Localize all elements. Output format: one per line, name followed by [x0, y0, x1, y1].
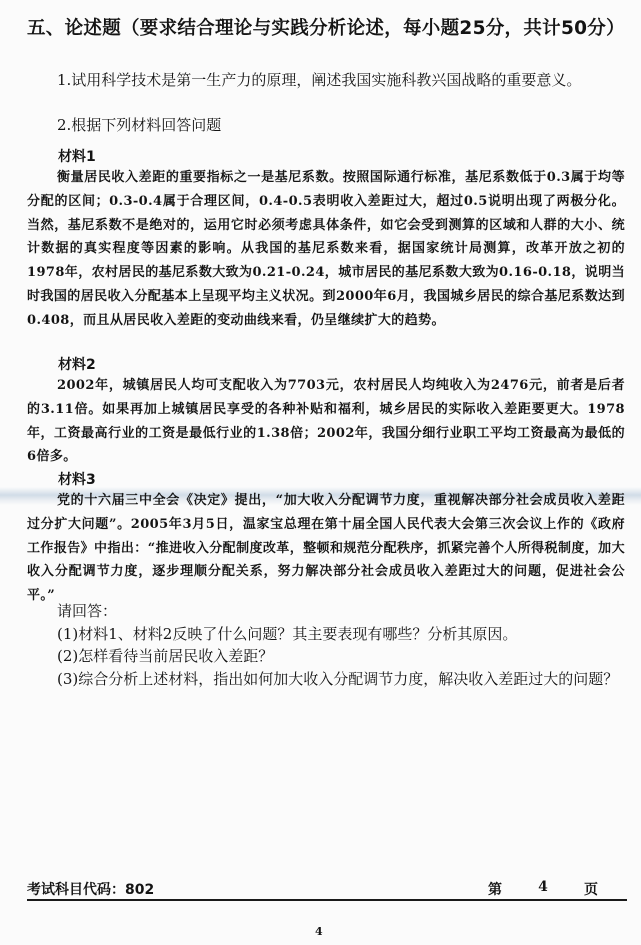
footer-divider — [27, 899, 627, 901]
material-1-heading: 材料1 — [58, 146, 96, 166]
sub-question-2: (2)怎样看待当前居民收入差距？ — [27, 645, 627, 668]
sub-question-1: (1)材料1、材料2反映了什么问题？其主要表现有哪些？分析其原因。 — [27, 623, 627, 646]
answer-prompt: 请回答： (1)材料1、材料2反映了什么问题？其主要表现有哪些？分析其原因。 (… — [27, 600, 627, 690]
subject-code: 考试科目代码：802 — [27, 879, 154, 899]
question-1: 1.试用科学技术是第一生产力的原理，阐述我国实施科教兴国战略的重要意义。 — [27, 69, 627, 91]
page-value: 4 — [538, 879, 548, 899]
prompt-label: 请回答： — [27, 600, 627, 623]
material-3-heading: 材料3 — [58, 469, 96, 489]
page-prefix: 第 — [488, 879, 502, 899]
material-1-body: 衡量居民收入差距的重要指标之一是基尼系数。按照国际通行标准，基尼系数低于0.3属… — [27, 166, 625, 333]
material-2-body: 2002年，城镇居民人均可支配收入为7703元，农村居民人均纯收入为2476元，… — [27, 374, 625, 469]
page-suffix: 页 — [584, 879, 598, 899]
page-indicator: 第 4 页 — [488, 879, 598, 899]
page-number: 4 — [315, 925, 323, 938]
material-2-heading: 材料2 — [58, 354, 96, 374]
exam-page: 五、论述题（要求结合理论与实践分析论述，每小题25分，共计50分） 1.试用科学… — [0, 0, 641, 945]
section-title: 五、论述题（要求结合理论与实践分析论述，每小题25分，共计50分） — [27, 16, 627, 42]
question-2: 2.根据下列材料回答问题 — [27, 114, 627, 136]
sub-question-3: (3)综合分析上述材料，指出如何加大收入分配调节力度，解决收入差距过大的问题？ — [27, 668, 627, 691]
material-3-body: 党的十六届三中全会《决定》提出，“加大收入分配调节力度，重视解决部分社会成员收入… — [27, 489, 625, 608]
